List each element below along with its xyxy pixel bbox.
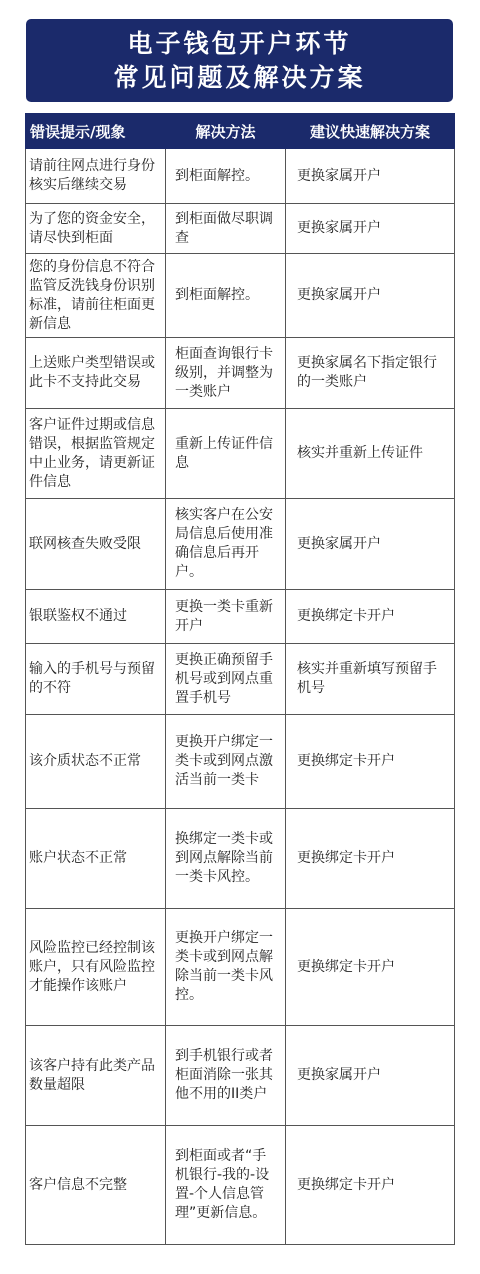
cell-quick-fix: 更换家属开户 [286, 204, 455, 254]
cell-quick-fix: 更换绑定卡开户 [286, 715, 455, 809]
cell-quick-fix: 更换家属名下指定银行的一类账户 [286, 338, 455, 409]
header-method: 解决方法 [166, 114, 286, 149]
cell-method: 到柜面做尽职调查 [166, 204, 286, 254]
cell-method: 更换开户绑定一类卡或到网点解除当前一类卡风控。 [166, 909, 286, 1026]
cell-issue: 上送账户类型错误或此卡不支持此交易 [26, 338, 166, 409]
cell-method: 到手机银行或者柜面消除一张其他不用的II类户 [166, 1026, 286, 1126]
table-row: 客户证件过期或信息错误，根据监管规定中止业务，请更新证件信息重新上传证件信息核实… [26, 409, 455, 499]
cell-quick-fix: 更换绑定卡开户 [286, 809, 455, 909]
cell-issue: 输入的手机号与预留的不符 [26, 644, 166, 715]
header-quick-fix: 建议快速解决方案 [286, 114, 455, 149]
title-line-2: 常见问题及解决方案 [26, 61, 453, 95]
cell-method: 到柜面或者“手机银行-我的-设置-个人信息管理”更新信息。 [166, 1126, 286, 1245]
table-body: 请前往网点进行身份核实后继续交易到柜面解控。更换家属开户为了您的资金安全，请尽快… [26, 149, 455, 1245]
cell-issue: 请前往网点进行身份核实后继续交易 [26, 149, 166, 204]
title-line-1: 电子钱包开户环节 [26, 27, 453, 61]
table-row: 请前往网点进行身份核实后继续交易到柜面解控。更换家属开户 [26, 149, 455, 204]
cell-method: 到柜面解控。 [166, 254, 286, 338]
cell-method: 更换开户绑定一类卡或到网点激活当前一类卡 [166, 715, 286, 809]
table-row: 联网核查失败受限核实客户在公安局信息后使用准确信息后再开户。更换家属开户 [26, 499, 455, 590]
cell-method: 到柜面解控。 [166, 149, 286, 204]
cell-quick-fix: 更换家属开户 [286, 499, 455, 590]
cell-issue: 客户信息不完整 [26, 1126, 166, 1245]
cell-issue: 风险监控已经控制该账户，只有风险监控才能操作该账户 [26, 909, 166, 1026]
cell-issue: 客户证件过期或信息错误，根据监管规定中止业务，请更新证件信息 [26, 409, 166, 499]
cell-issue: 账户状态不正常 [26, 809, 166, 909]
cell-method: 重新上传证件信息 [166, 409, 286, 499]
cell-method: 更换一类卡重新开户 [166, 590, 286, 644]
page-title-banner: 电子钱包开户环节 常见问题及解决方案 [26, 19, 453, 102]
table-row: 上送账户类型错误或此卡不支持此交易柜面查询银行卡级别，并调整为一类账户更换家属名… [26, 338, 455, 409]
faq-table: 错误提示/现象 解决方法 建议快速解决方案 请前往网点进行身份核实后继续交易到柜… [25, 113, 455, 1245]
header-issue: 错误提示/现象 [26, 114, 166, 149]
table-row: 银联鉴权不通过更换一类卡重新开户更换绑定卡开户 [26, 590, 455, 644]
cell-issue: 该介质状态不正常 [26, 715, 166, 809]
cell-quick-fix: 更换家属开户 [286, 149, 455, 204]
table-row: 您的身份信息不符合监管反洗钱身份识别标准，请前往柜面更新信息到柜面解控。更换家属… [26, 254, 455, 338]
table-row: 风险监控已经控制该账户，只有风险监控才能操作该账户更换开户绑定一类卡或到网点解除… [26, 909, 455, 1026]
table-header-row: 错误提示/现象 解决方法 建议快速解决方案 [26, 114, 455, 149]
cell-method: 核实客户在公安局信息后使用准确信息后再开户。 [166, 499, 286, 590]
cell-method: 更换正确预留手机号或到网点重置手机号 [166, 644, 286, 715]
cell-quick-fix: 更换家属开户 [286, 1026, 455, 1126]
cell-method: 换绑定一类卡或到网点解除当前一类卡风控。 [166, 809, 286, 909]
table-row: 为了您的资金安全，请尽快到柜面到柜面做尽职调查更换家属开户 [26, 204, 455, 254]
table-row: 输入的手机号与预留的不符更换正确预留手机号或到网点重置手机号核实并重新填写预留手… [26, 644, 455, 715]
cell-issue: 您的身份信息不符合监管反洗钱身份识别标准，请前往柜面更新信息 [26, 254, 166, 338]
cell-issue: 银联鉴权不通过 [26, 590, 166, 644]
cell-quick-fix: 更换绑定卡开户 [286, 1126, 455, 1245]
cell-method: 柜面查询银行卡级别，并调整为一类账户 [166, 338, 286, 409]
cell-quick-fix: 核实并重新填写预留手机号 [286, 644, 455, 715]
cell-issue: 联网核查失败受限 [26, 499, 166, 590]
cell-issue: 为了您的资金安全，请尽快到柜面 [26, 204, 166, 254]
table-row: 客户信息不完整到柜面或者“手机银行-我的-设置-个人信息管理”更新信息。更换绑定… [26, 1126, 455, 1245]
cell-issue: 该客户持有此类产品数量超限 [26, 1026, 166, 1126]
cell-quick-fix: 更换家属开户 [286, 254, 455, 338]
cell-quick-fix: 核实并重新上传证件 [286, 409, 455, 499]
table-row: 账户状态不正常换绑定一类卡或到网点解除当前一类卡风控。更换绑定卡开户 [26, 809, 455, 909]
table-row: 该介质状态不正常更换开户绑定一类卡或到网点激活当前一类卡更换绑定卡开户 [26, 715, 455, 809]
table-row: 该客户持有此类产品数量超限到手机银行或者柜面消除一张其他不用的II类户更换家属开… [26, 1026, 455, 1126]
cell-quick-fix: 更换绑定卡开户 [286, 909, 455, 1026]
cell-quick-fix: 更换绑定卡开户 [286, 590, 455, 644]
